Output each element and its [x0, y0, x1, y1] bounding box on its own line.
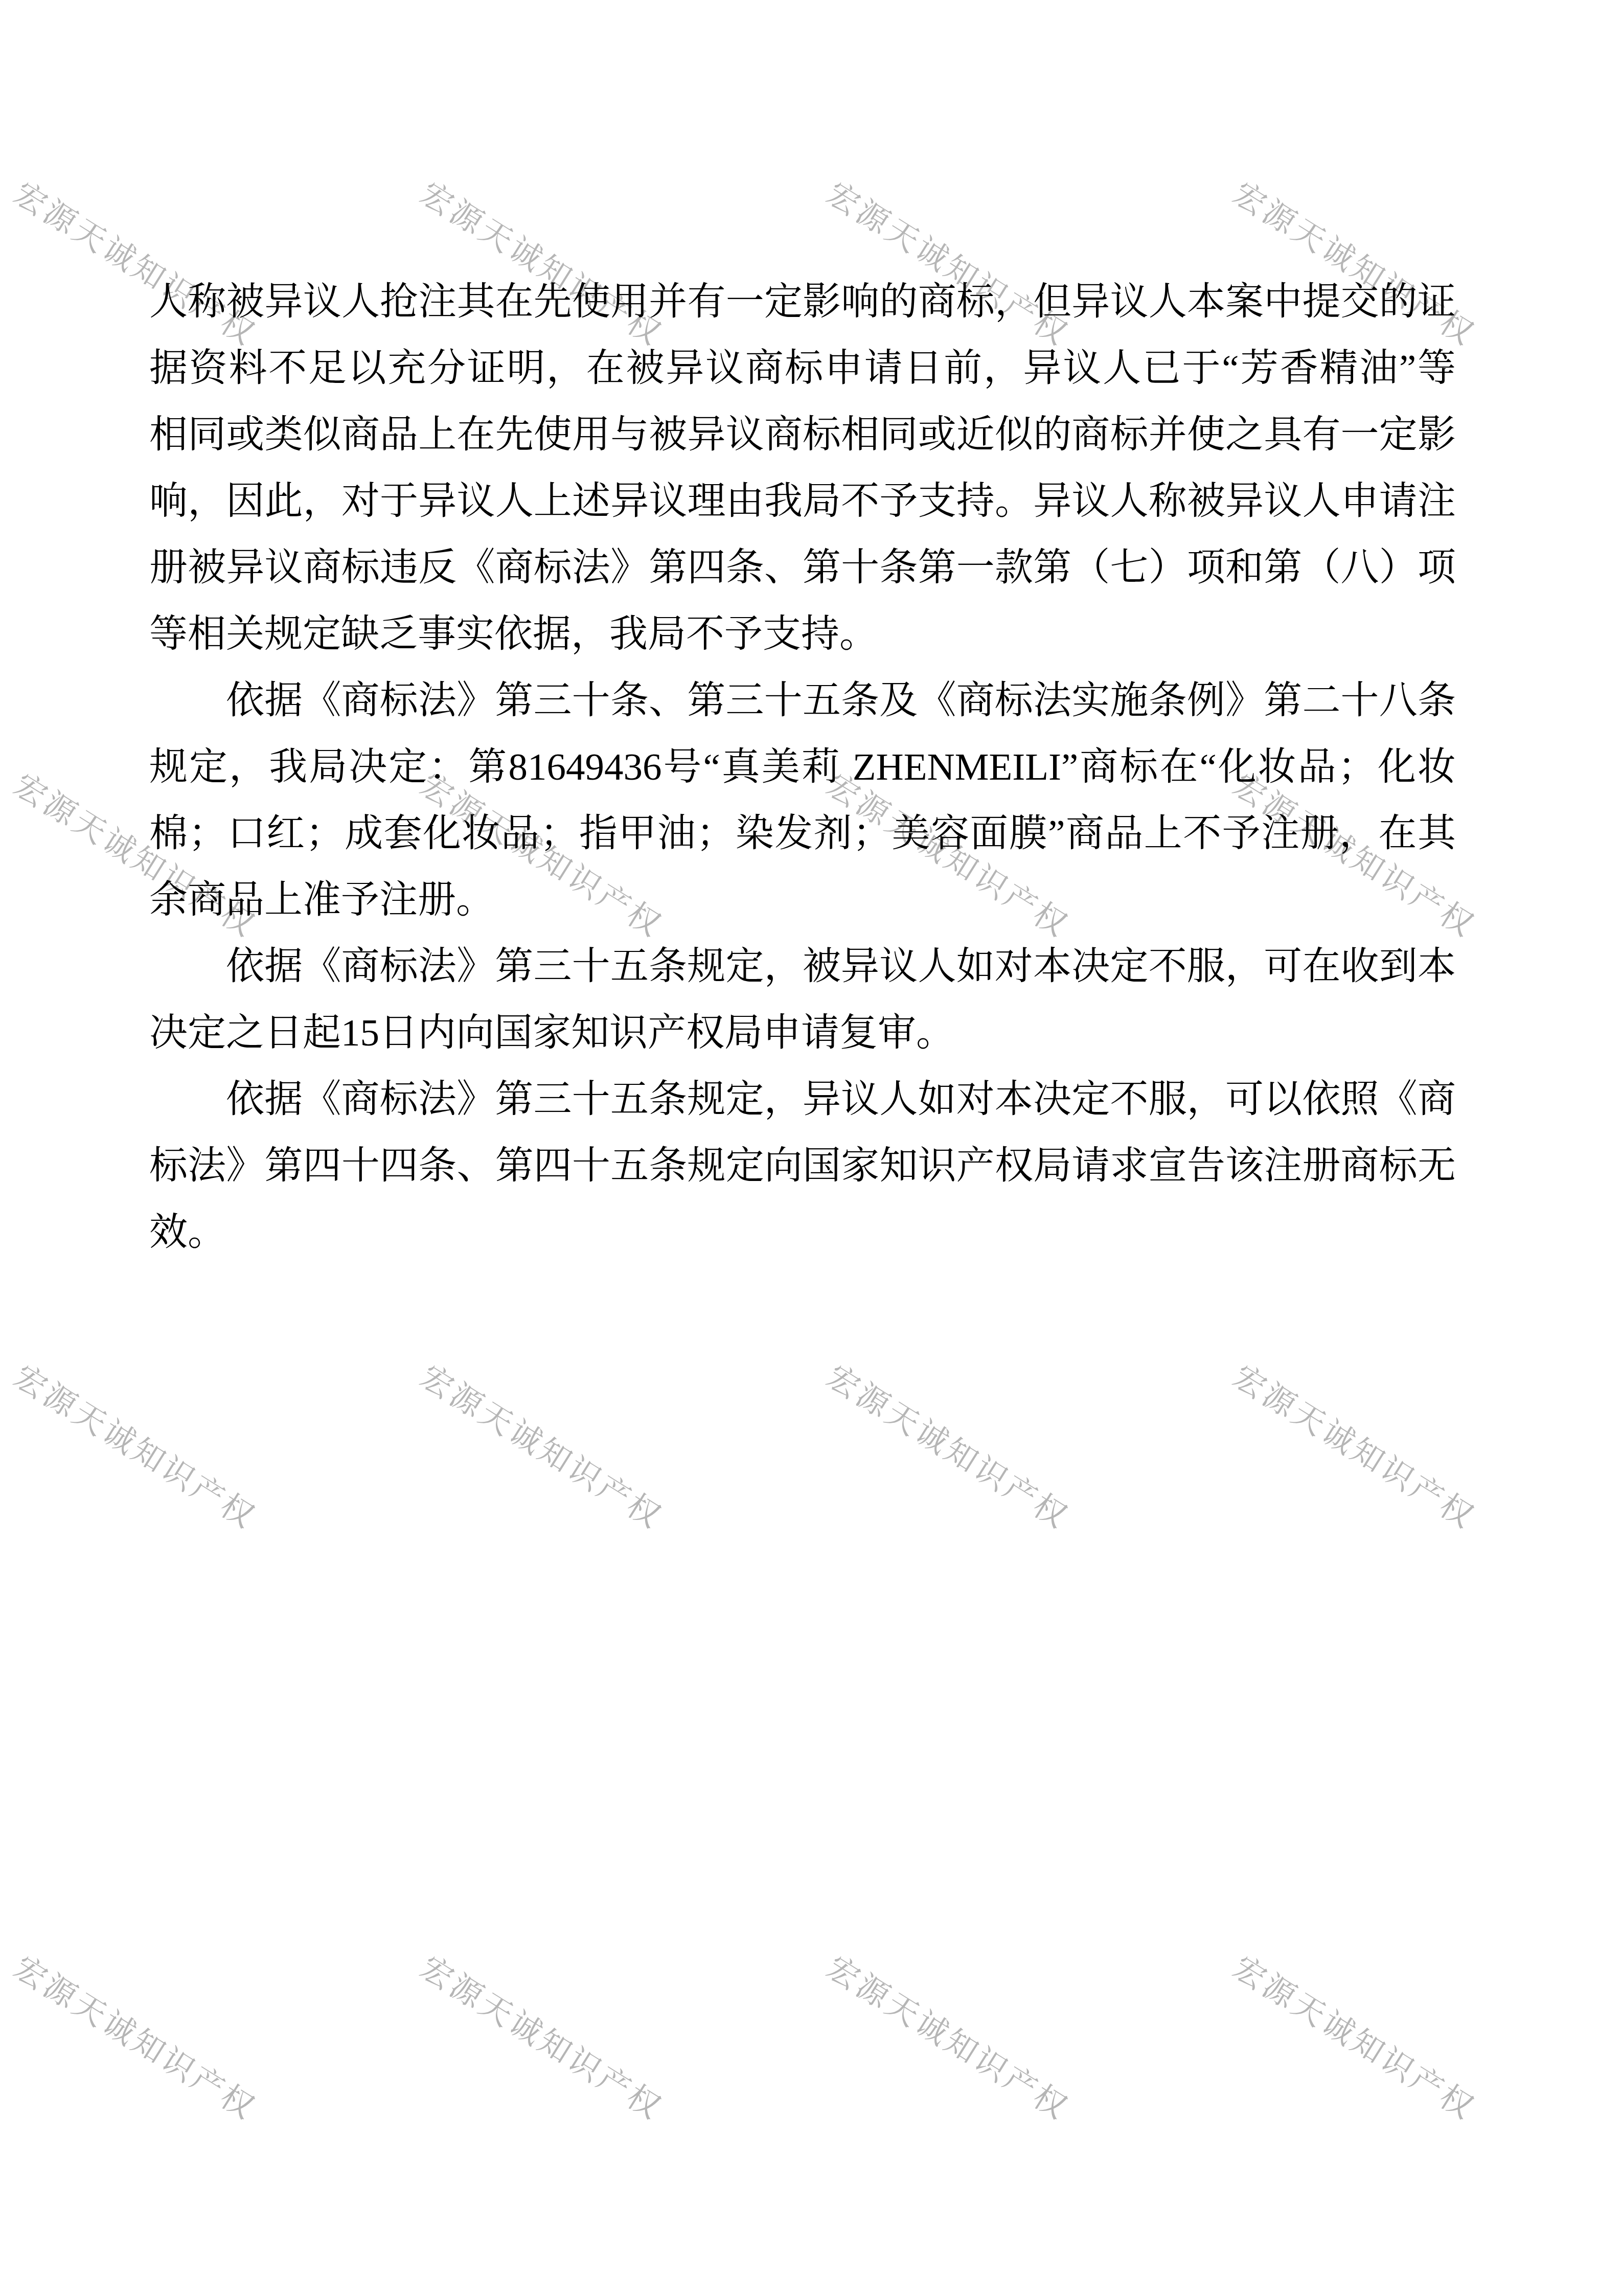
text-line: 相同或类似商品上在先使用与被异议商标相同或近似的商标并使之具有一定影	[149, 402, 1456, 468]
text-line: 余商品上准予注册。	[149, 867, 1456, 934]
text-line: 响，因此，对于异议人上述异议理由我局不予支持。异议人称被异议人申请注	[149, 468, 1456, 535]
watermark: 宏源天诚知识产权	[1226, 1352, 1486, 1538]
text-line: 规定，我局决定：第81649436号“真美莉 ZHENMEILI”商标在“化妆品…	[149, 734, 1456, 801]
watermark: 宏源天诚知识产权	[1226, 1943, 1486, 2129]
paragraph: 人称被异议人抢注其在先使用并有一定影响的商标，但异议人本案中提交的证 据资料不足…	[149, 269, 1456, 668]
document-body: 人称被异议人抢注其在先使用并有一定影响的商标，但异议人本案中提交的证 据资料不足…	[149, 269, 1456, 1266]
paragraph: 依据《商标法》第三十条、第三十五条及《商标法实施条例》第二十八条 规定，我局决定…	[149, 668, 1456, 934]
document-page: 宏源天诚知识产权 宏源天诚知识产权 宏源天诚知识产权 宏源天诚知识产权 宏源天诚…	[0, 0, 1622, 2296]
watermark: 宏源天诚知识产权	[819, 1943, 1080, 2129]
text-line: 效。	[149, 1199, 1456, 1266]
watermark: 宏源天诚知识产权	[7, 1943, 267, 2129]
watermark: 宏源天诚知识产权	[413, 1352, 673, 1538]
text-line: 依据《商标法》第三十五条规定，异议人如对本决定不服，可以依照《商	[149, 1066, 1456, 1133]
text-line: 标法》第四十四条、第四十五条规定向国家知识产权局请求宣告该注册商标无	[149, 1133, 1456, 1199]
text-line: 棉；口红；成套化妆品；指甲油；染发剂；美容面膜”商品上不予注册，在其	[149, 801, 1456, 867]
text-line: 依据《商标法》第三十条、第三十五条及《商标法实施条例》第二十八条	[149, 668, 1456, 734]
paragraph: 依据《商标法》第三十五条规定，异议人如对本决定不服，可以依照《商 标法》第四十四…	[149, 1066, 1456, 1266]
watermark: 宏源天诚知识产权	[7, 1352, 267, 1538]
text-line: 据资料不足以充分证明，在被异议商标申请日前，异议人已于“芳香精油”等	[149, 335, 1456, 402]
text-line: 等相关规定缺乏事实依据，我局不予支持。	[149, 601, 1456, 668]
paragraph: 依据《商标法》第三十五条规定，被异议人如对本决定不服，可在收到本 决定之日起15…	[149, 934, 1456, 1066]
text-line: 册被异议商标违反《商标法》第四条、第十条第一款第（七）项和第（八）项	[149, 535, 1456, 601]
watermark: 宏源天诚知识产权	[819, 1352, 1080, 1538]
watermark: 宏源天诚知识产权	[413, 1943, 673, 2129]
text-line: 人称被异议人抢注其在先使用并有一定影响的商标，但异议人本案中提交的证	[149, 269, 1456, 335]
text-line: 决定之日起15日内向国家知识产权局申请复审。	[149, 1000, 1456, 1066]
text-line: 依据《商标法》第三十五条规定，被异议人如对本决定不服，可在收到本	[149, 934, 1456, 1000]
